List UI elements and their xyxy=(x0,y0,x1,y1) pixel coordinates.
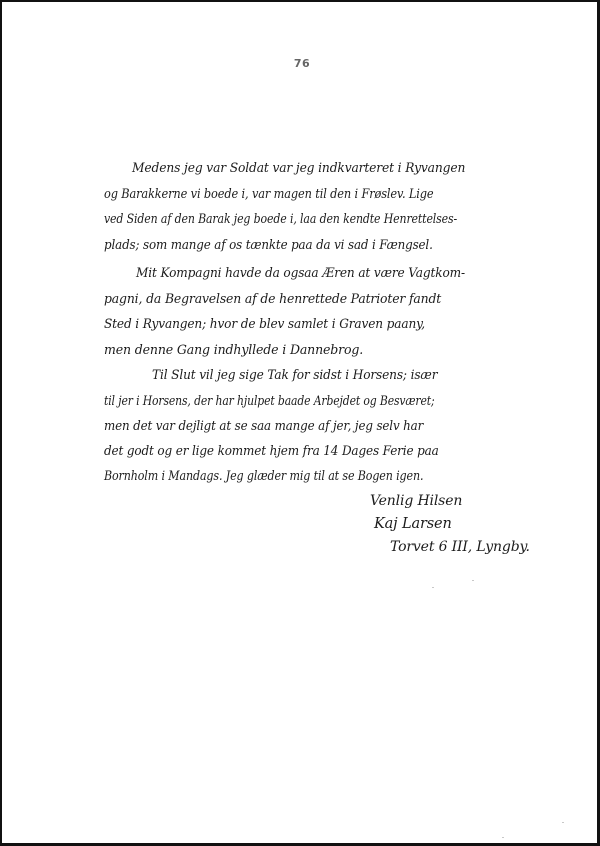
letter-salutation: Venlig Hilsen xyxy=(370,494,462,508)
letter-line: men denne Gang indhyllede i Dannebrog. xyxy=(104,344,363,357)
letter-line: til jer i Horsens, der har hjulpet baade… xyxy=(104,395,435,408)
scan-speck xyxy=(502,837,504,838)
letter-line: Bornholm i Mandags. Jeg glæder mig til a… xyxy=(104,470,423,483)
letter-line: og Barakkerne vi boede i, var magen til … xyxy=(104,188,434,201)
letter-line: men det var dejligt at se saa mange af j… xyxy=(104,420,423,433)
letter-signature: Kaj Larsen xyxy=(374,517,452,532)
scan-speck xyxy=(432,587,434,588)
letter-line: ved Siden af den Barak jeg boede i, laa … xyxy=(104,213,457,226)
letter-line: Mit Kompagni havde da ogsaa Æren at være… xyxy=(136,267,465,280)
handwritten-letter: Medens jeg var Soldat var jeg indkvarter… xyxy=(2,2,600,846)
letter-line: Medens jeg var Soldat var jeg indkvarter… xyxy=(132,162,465,175)
letter-line: plads; som mange af os tænkte paa da vi … xyxy=(104,239,433,252)
letter-address: Torvet 6 III, Lyngby. xyxy=(390,540,530,554)
scan-speck xyxy=(562,822,564,823)
letter-line: pagni, da Begravelsen af de henrettede P… xyxy=(104,293,441,306)
letter-line: Sted i Ryvangen; hvor de blev samlet i G… xyxy=(104,318,425,331)
letter-line: det godt og er lige kommet hjem fra 14 D… xyxy=(104,445,439,458)
scan-speck xyxy=(472,580,474,581)
document-page: 76 Medens jeg var Soldat var jeg indkvar… xyxy=(0,0,600,846)
letter-line: Til Slut vil jeg sige Tak for sidst i Ho… xyxy=(152,369,437,382)
